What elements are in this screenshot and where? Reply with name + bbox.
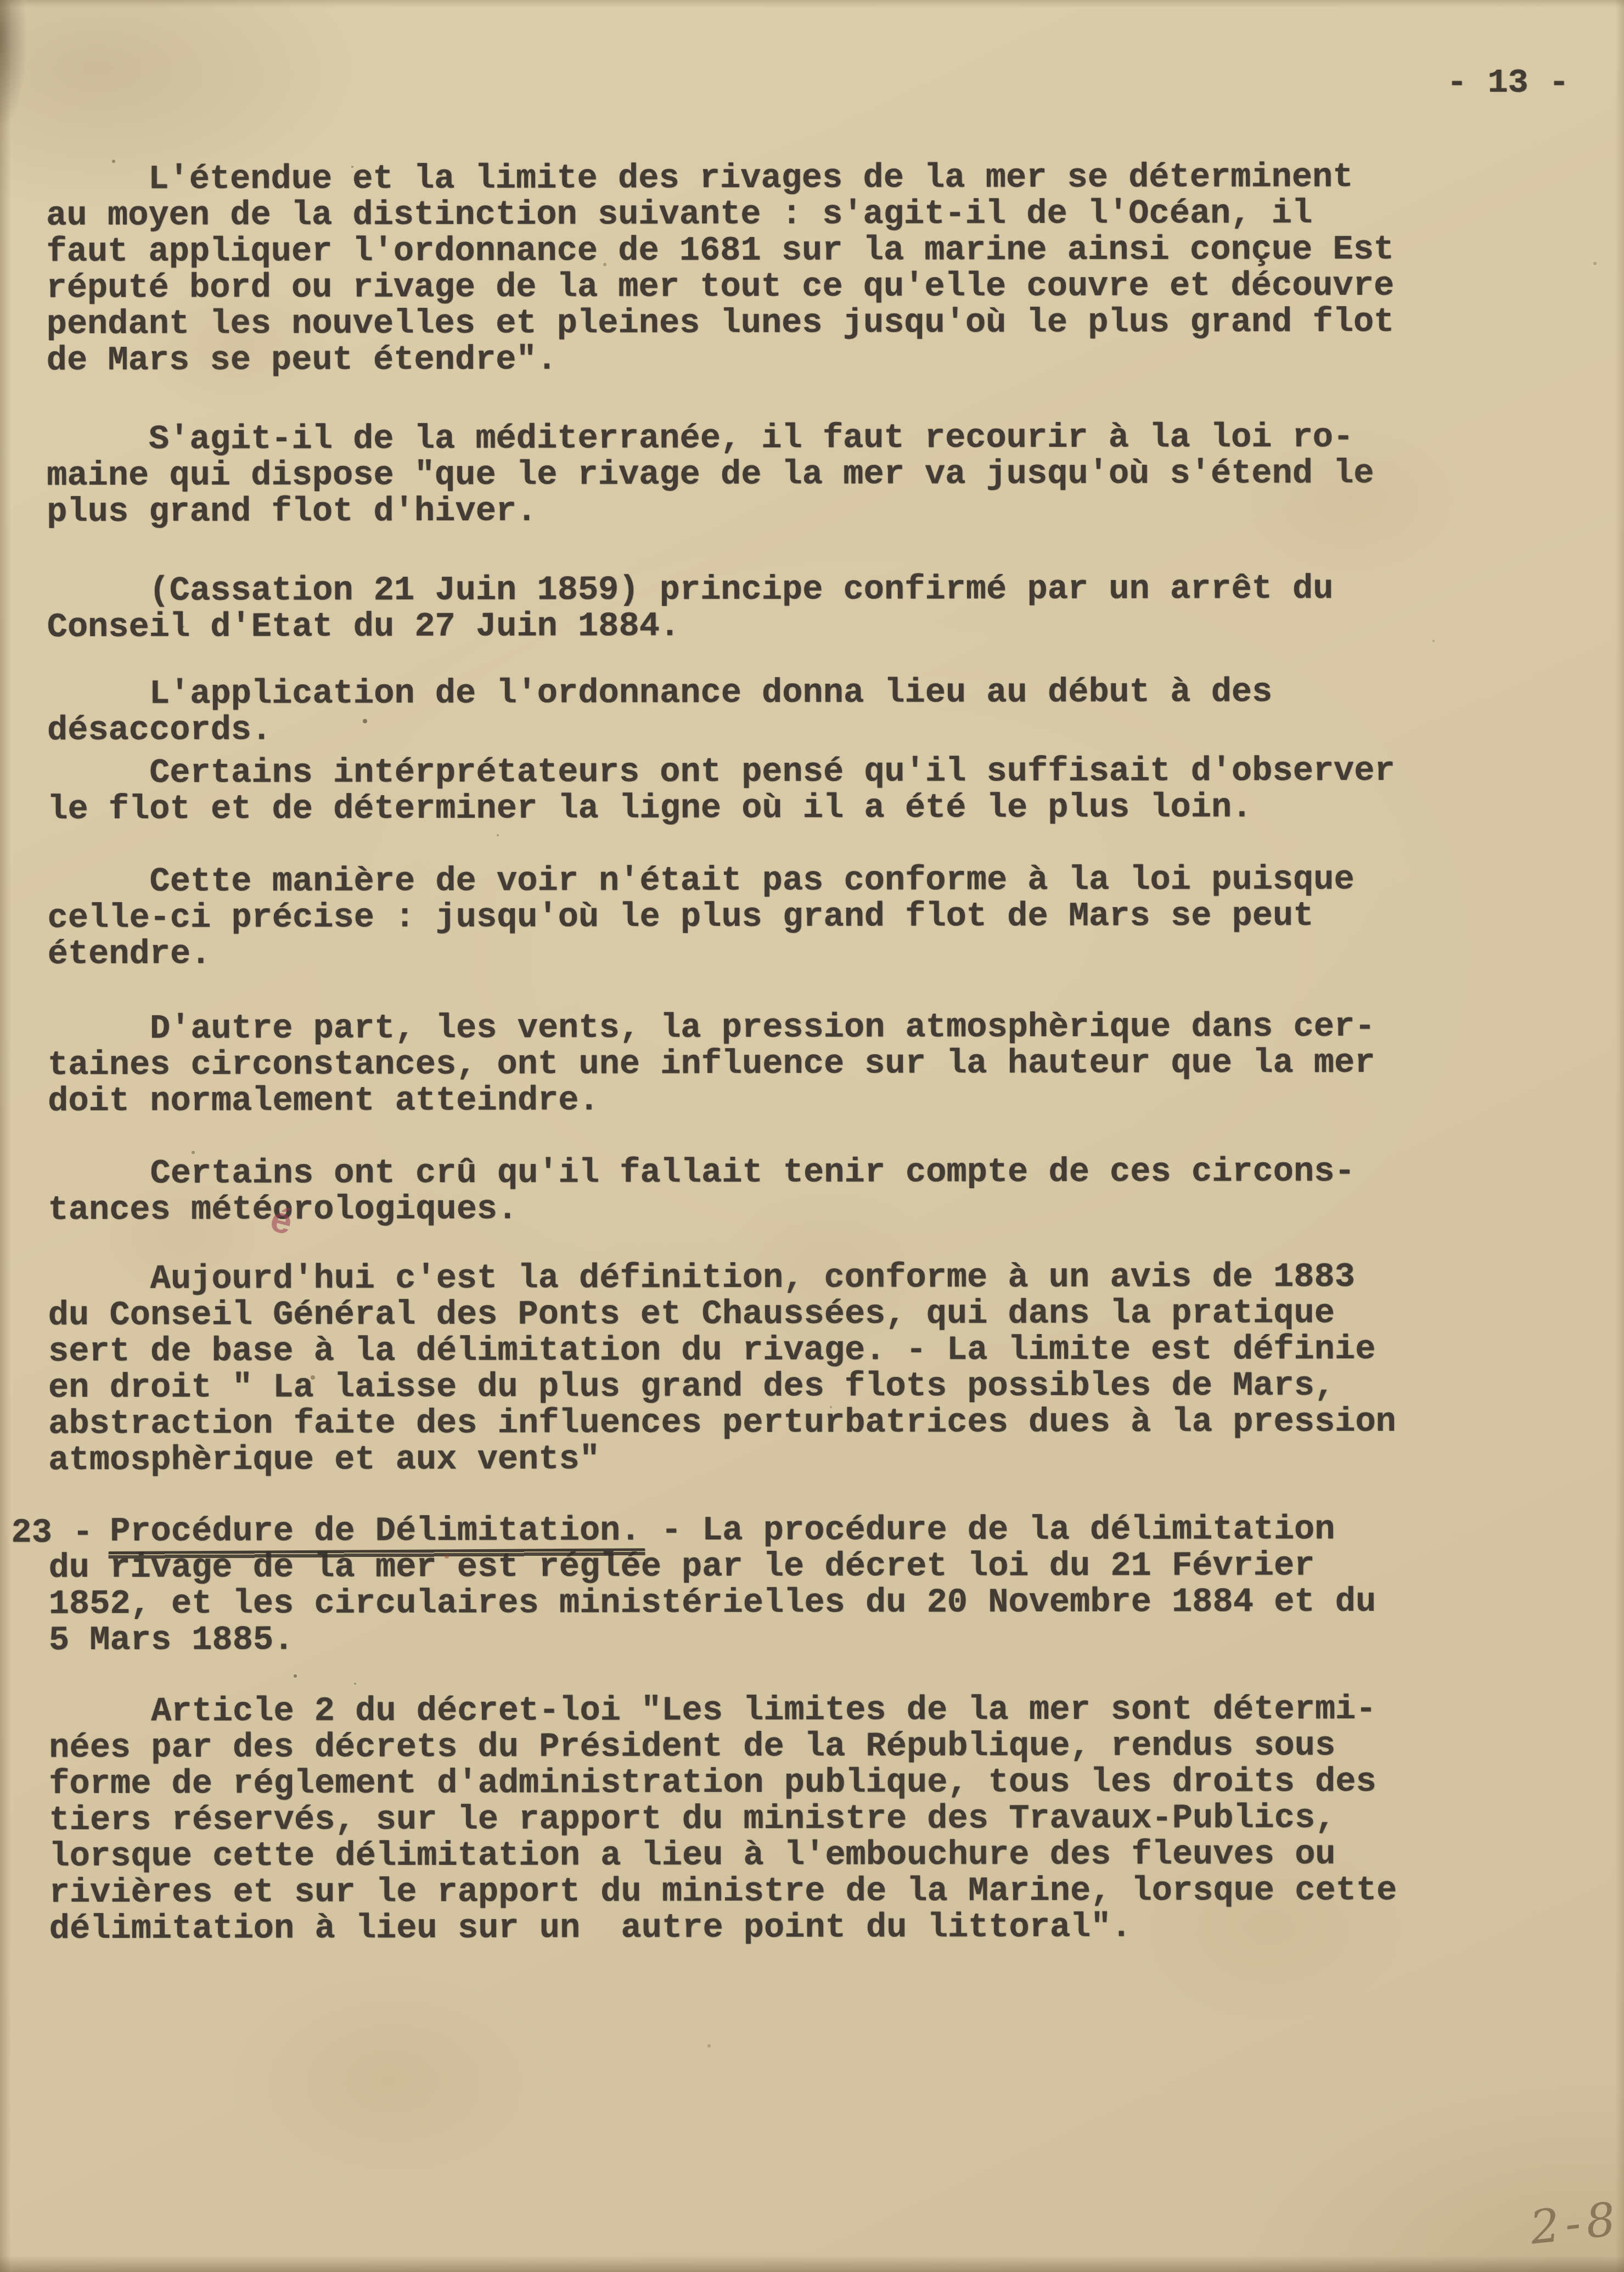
text-column: L'étendue et la limite des rivages de la… xyxy=(46,159,1421,1947)
section-heading-underlined: Procédure de Délimitation. xyxy=(110,1512,640,1550)
section-heading-rest: - La procédure de la délimitation xyxy=(640,1510,1335,1550)
paragraph-2: S'agit-il de la méditerranée, il faut re… xyxy=(47,419,1419,530)
paragraph-5: Certains intérprétateurs ont pensé qu'il… xyxy=(47,753,1419,828)
pencil-annotation: 2-8 xyxy=(1528,2194,1623,2253)
section-23: 23 - Procédure de Délimitation. - La pro… xyxy=(48,1511,1420,1658)
paper-specks xyxy=(0,0,2,2)
paragraph-6: Cette manière de voir n'était pas confor… xyxy=(47,862,1419,972)
page-number: - 13 - xyxy=(1447,65,1569,101)
section-body: du rivage de la mer est réglée par le dé… xyxy=(49,1548,1421,1658)
paragraph-9: Aujourd'hui c'est la définition, conform… xyxy=(48,1259,1421,1478)
closing-paragraph: Article 2 du décret-loi "Les limites de … xyxy=(49,1691,1421,1947)
section-heading-line: Procédure de Délimitation. - La procédur… xyxy=(48,1511,1420,1550)
scanned-typewritten-page: - 13 - L'étendue et la limite des rivage… xyxy=(0,0,1624,2272)
paragraph-1: L'étendue et la limite des rivages de la… xyxy=(46,159,1419,379)
paragraph-4: L'application de l'ordonnance donna lieu… xyxy=(47,674,1419,749)
paragraph-8: Certains ont crû qu'il fallait tenir com… xyxy=(48,1154,1420,1228)
paragraph-7: D'autre part, les vents, la pression atm… xyxy=(48,1009,1420,1120)
paragraph-3: (Cassation 21 Juin 1859) principe confir… xyxy=(47,571,1419,645)
section-margin-number: 23 - xyxy=(11,1515,93,1551)
